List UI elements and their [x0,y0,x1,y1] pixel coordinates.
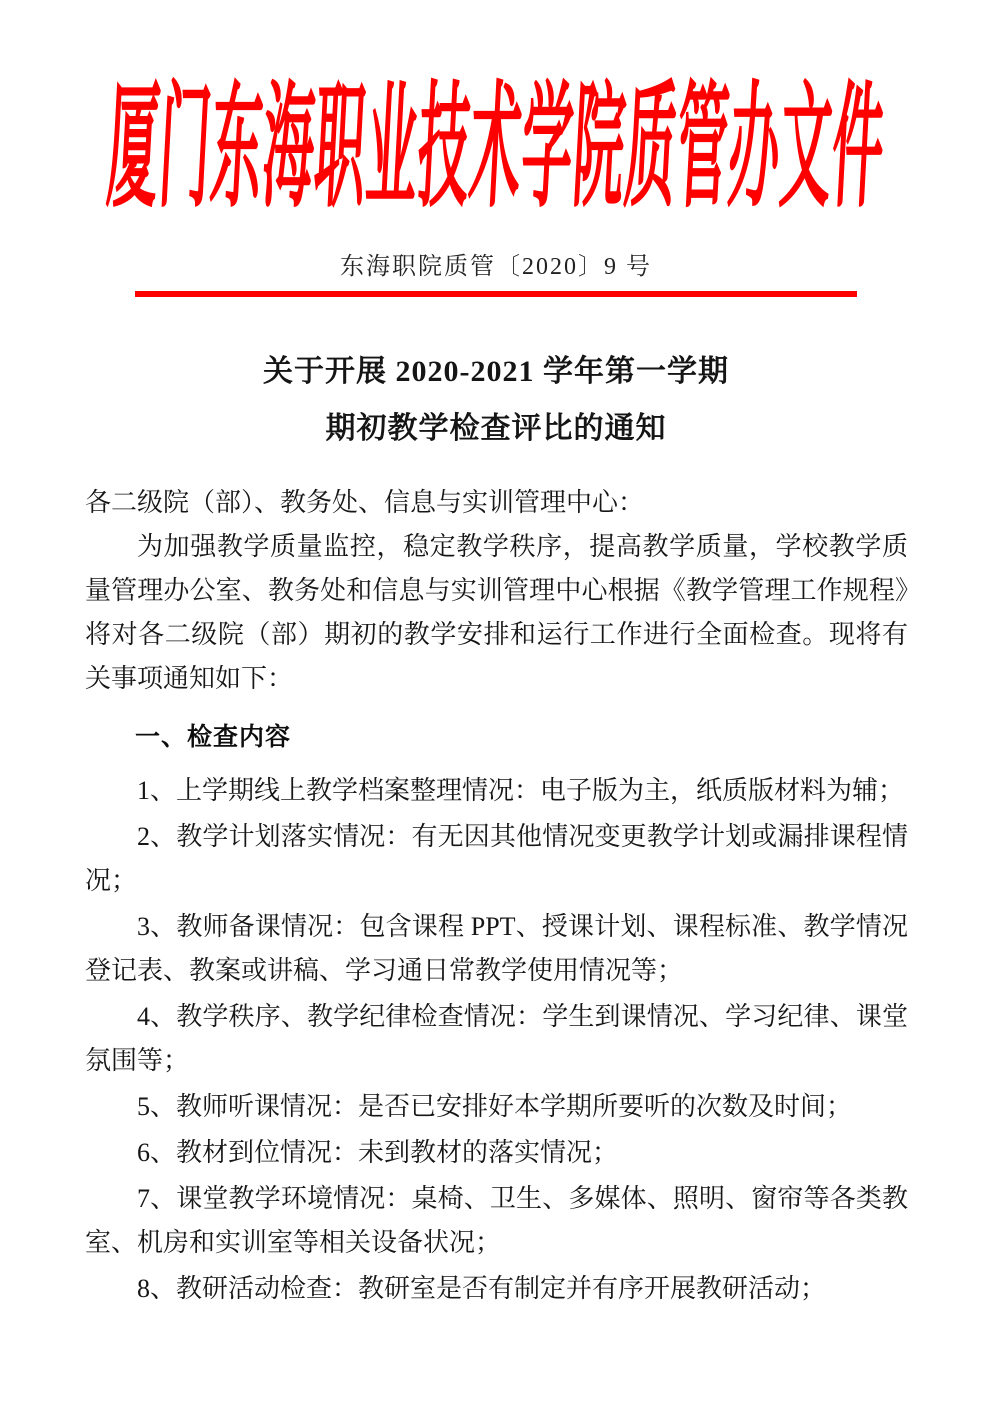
red-divider-rule [135,291,857,297]
document-title-line1: 关于开展 2020-2021 学年第一学期 [0,343,992,400]
list-item-7: 7、课堂教学环境情况：桌椅、卫生、多媒体、照明、窗帘等各类教室、机房和实训室等相… [85,1177,908,1265]
letterhead-title: 厦门东海职业技术学院质管办文件 [104,77,888,220]
letterhead-banner: 厦门东海职业技术学院质管办文件 [0,70,992,226]
list-item-6: 6、教材到位情况：未到教材的落实情况； [85,1131,908,1175]
list-item-8: 8、教研活动检查：教研室是否有制定并有序开展教研活动； [85,1267,908,1311]
list-item-5: 5、教师听课情况：是否已安排好本学期所要听的次数及时间； [85,1085,908,1129]
section-heading-inspection-content: 一、检查内容 [85,715,908,759]
salutation-line: 各二级院（部）、教务处、信息与实训管理中心： [85,481,908,525]
document-title-line2: 期初教学检查评比的通知 [0,400,992,457]
document-number: 东海职院质管〔2020〕9 号 [0,252,992,282]
list-item-2: 2、教学计划落实情况：有无因其他情况变更教学计划或漏排课程情况； [85,815,908,903]
document-title: 关于开展 2020-2021 学年第一学期 期初教学检查评比的通知 [0,343,992,457]
document-body: 各二级院（部）、教务处、信息与实训管理中心： 为加强教学质量监控，稳定教学秩序，… [0,481,992,1311]
document-page: 厦门东海职业技术学院质管办文件 东海职院质管〔2020〕9 号 关于开展 202… [0,0,992,1403]
list-item-3: 3、教师备课情况：包含课程 PPT、授课计划、课程标准、教学情况登记表、教案或讲… [85,905,908,993]
intro-paragraph: 为加强教学质量监控，稳定教学秩序，提高教学质量，学校教学质量管理办公室、教务处和… [85,525,908,701]
list-item-1: 1、上学期线上教学档案整理情况：电子版为主，纸质版材料为辅； [85,769,908,813]
list-item-4: 4、教学秩序、教学纪律检查情况：学生到课情况、学习纪律、课堂氛围等； [85,995,908,1083]
